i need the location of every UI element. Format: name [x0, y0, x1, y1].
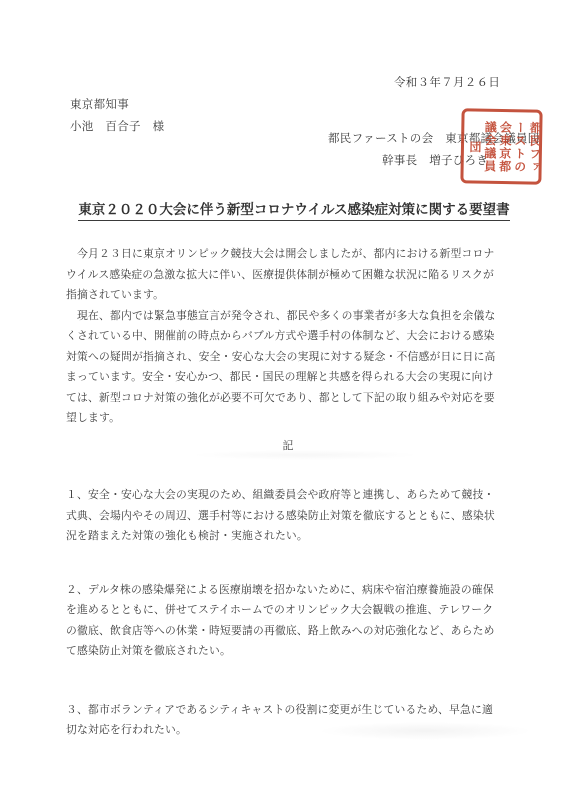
organization-seal-stamp: 都民ファーストの会東京都議会議員団 [460, 108, 542, 184]
document-date: 令和３年７月２６日 [394, 74, 500, 90]
document-title: 東京２０２０大会に伴う新型コロナウイルス感染症対策に関する要望書 [0, 198, 572, 218]
seal-text: 都民ファーストの会東京都議会議員団 [466, 115, 542, 178]
body-paragraph-1: 今月２３日に東京オリンピック競技大会は開会しましたが、都内における新型コロナ ウ… [66, 244, 510, 306]
request-item-3: ３、都市ボランティアであるシティキャストの役割に変更が生じているため、早急に適 … [66, 700, 510, 741]
document-body: 今月２３日に東京オリンピック競技大会は開会しましたが、都内における新型コロナ ウ… [66, 244, 510, 741]
request-item-1: １、安全・安心な大会の実現のため、組織委員会や政府等と連携し、あらためて競技・ … [66, 485, 510, 547]
addressee-title: 東京都知事 [70, 96, 129, 112]
body-paragraph-2: 現在、都内では緊急事態宣言が発令され、都民や多くの事業者が多大な負担を余儀な く… [66, 306, 510, 429]
scanned-document-page: 令和３年７月２６日 東京都知事 小池 百合子 様 都民ファーストの会 東京都議会… [0, 0, 572, 800]
ki-marker: 記 [66, 436, 510, 457]
addressee-name: 小池 百合子 様 [70, 118, 164, 134]
request-item-2: ２、デルタ株の感染爆発による医療崩壊を招かないために、病床や宿泊療養施設の確保 … [66, 580, 510, 662]
